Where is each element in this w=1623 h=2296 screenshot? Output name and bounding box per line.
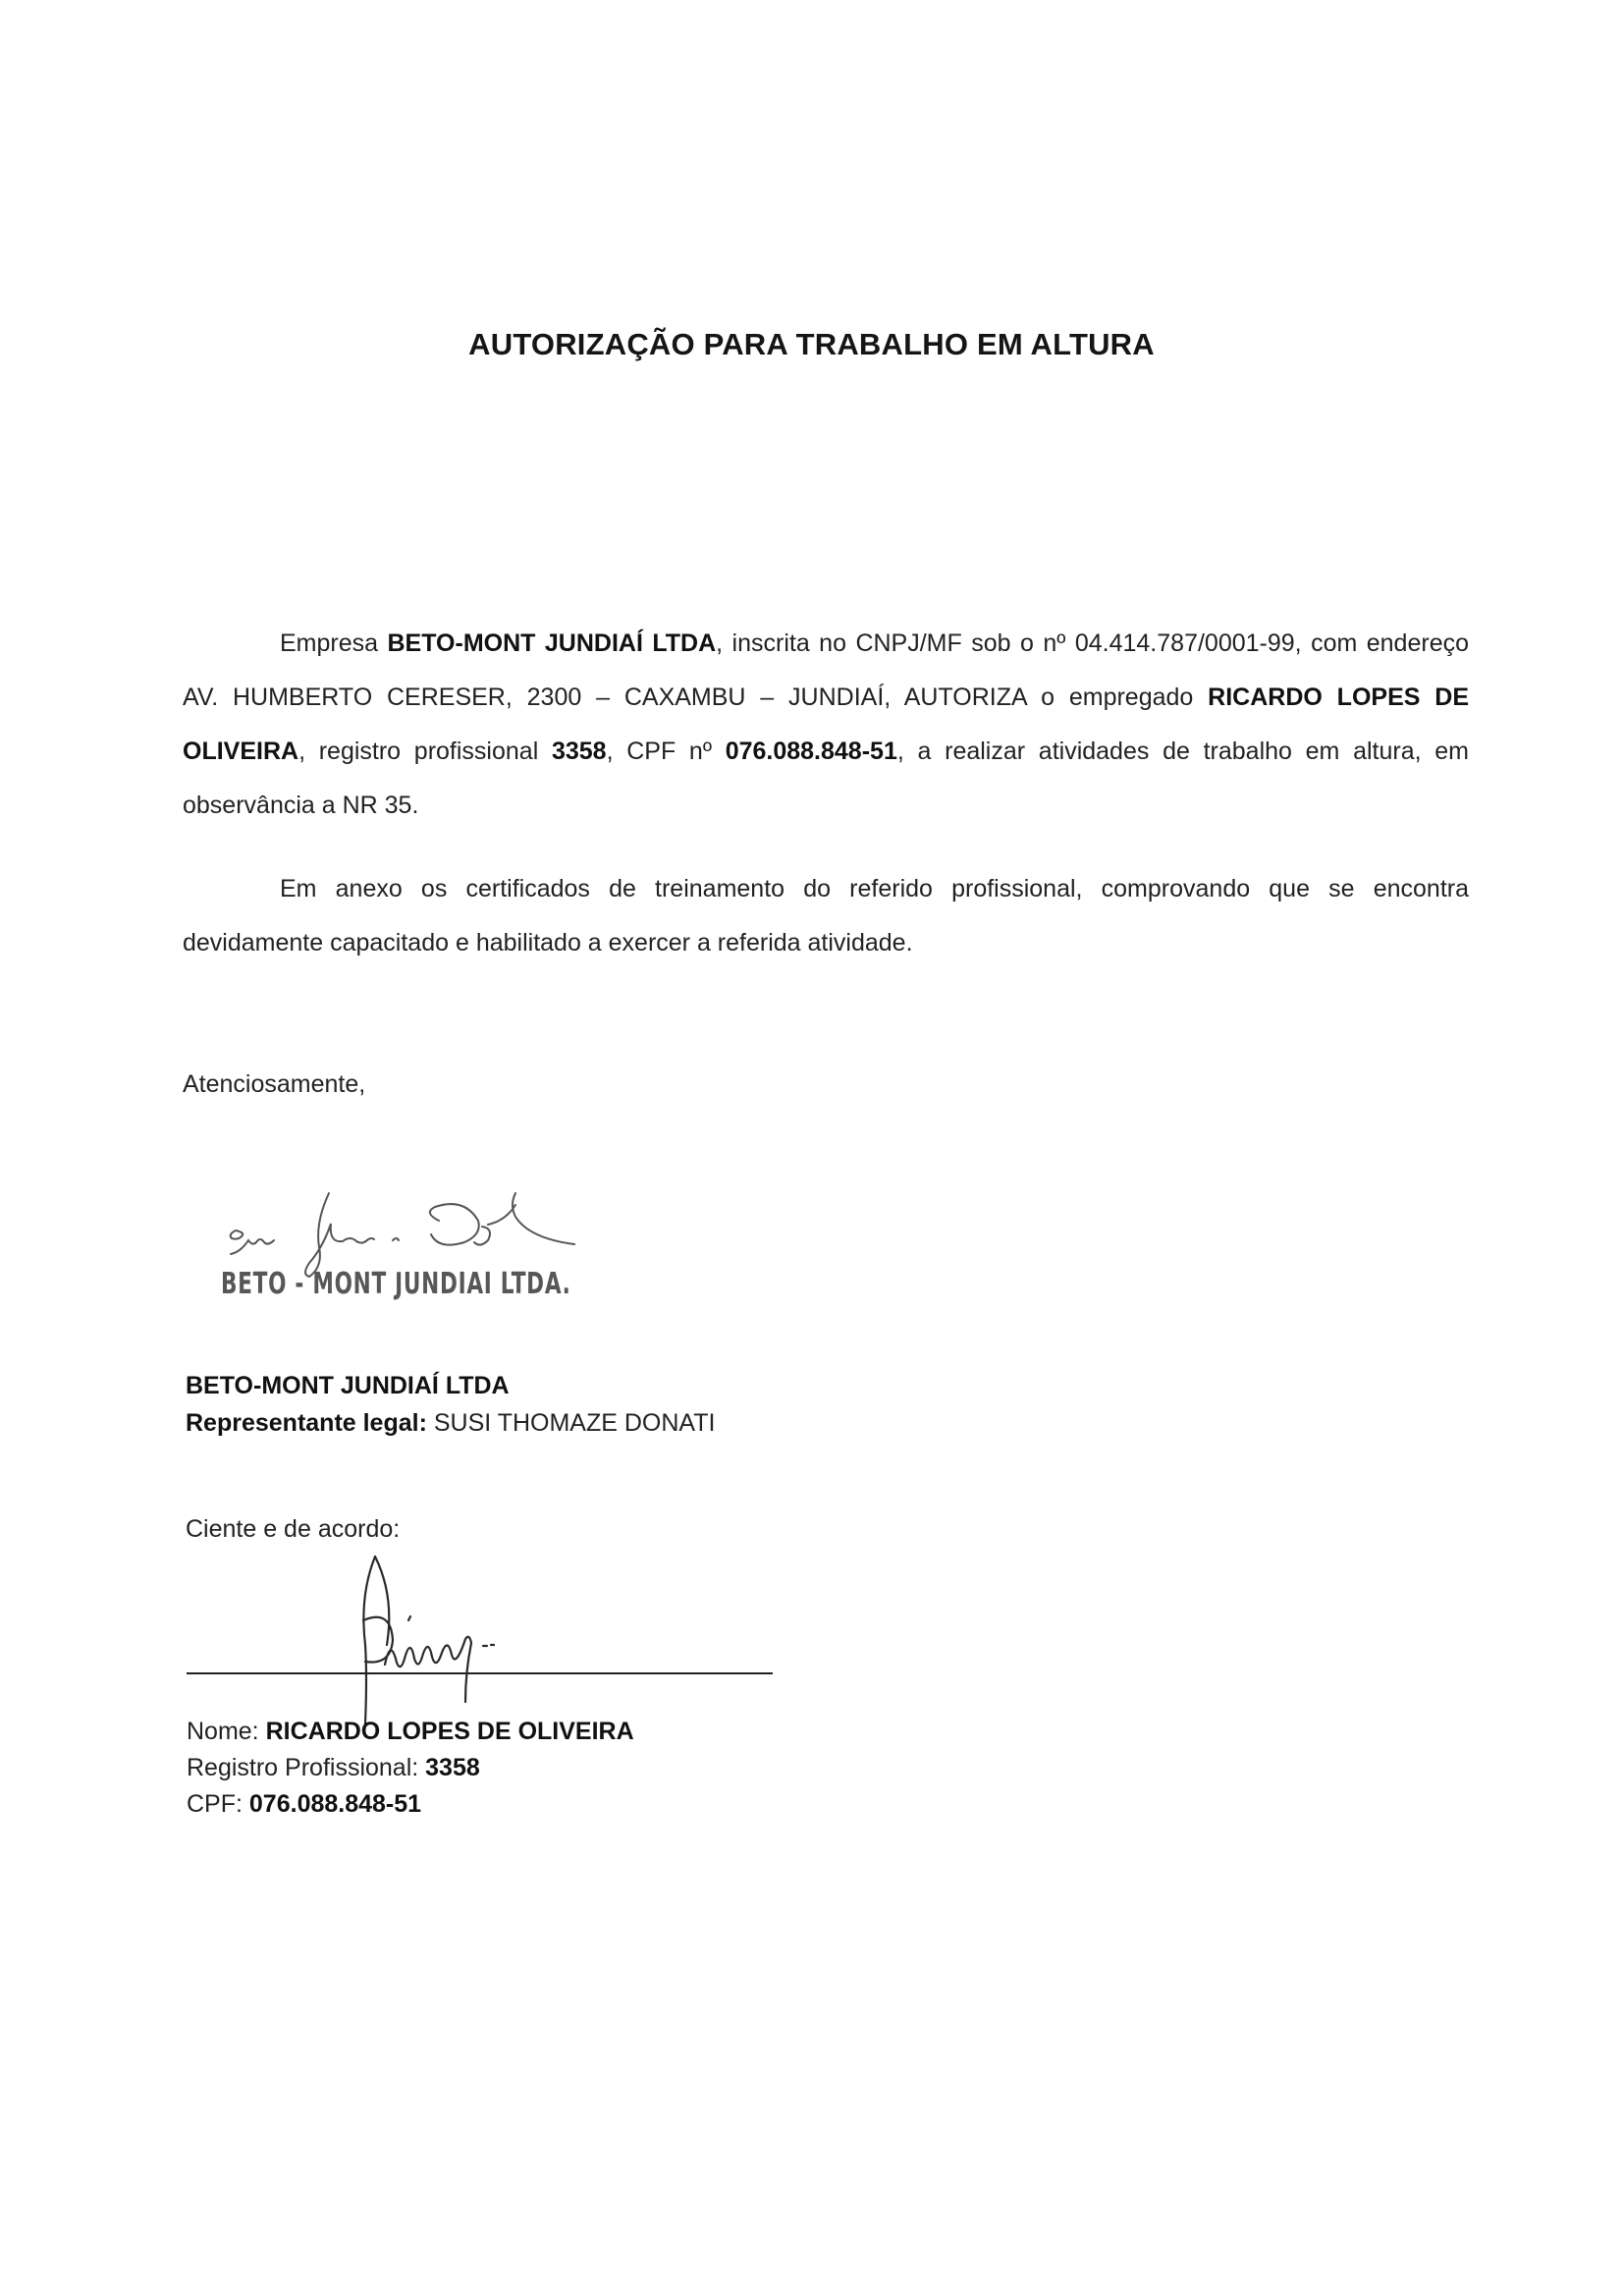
representative-label: Representante legal: bbox=[186, 1409, 427, 1437]
company-signature-icon bbox=[211, 1174, 623, 1282]
certificates-paragraph: Em anexo os certificados de treinamento … bbox=[183, 862, 1469, 970]
employee-name: RICARDO LOPES DE OLIVEIRA bbox=[266, 1718, 634, 1745]
company-stamp: BETO - MONT JUNDIAI LTDA. bbox=[221, 1267, 571, 1301]
company-name: BETO-MONT JUNDIAÍ LTDA bbox=[388, 629, 717, 657]
registry-label: Registro Profissional: bbox=[187, 1754, 425, 1781]
employee-signature-icon bbox=[324, 1552, 579, 1738]
text: , CPF nº bbox=[607, 738, 726, 765]
closing-text: Atenciosamente, bbox=[183, 1070, 365, 1099]
representative-name: SUSI THOMAZE DONATI bbox=[427, 1409, 716, 1437]
text: Em anexo os certificados de treinamento … bbox=[183, 875, 1469, 957]
name-label: Nome: bbox=[187, 1718, 266, 1745]
company-signatory-block: BETO-MONT JUNDIAÍ LTDA Representante leg… bbox=[186, 1367, 715, 1442]
registry-number: 3358 bbox=[552, 738, 607, 765]
cpf-number: 076.088.848-51 bbox=[726, 738, 897, 765]
cpf-label: CPF: bbox=[187, 1790, 249, 1818]
text: , registro profissional bbox=[298, 738, 552, 765]
company-name: BETO-MONT JUNDIAÍ LTDA bbox=[186, 1372, 510, 1399]
text: Empresa bbox=[280, 629, 388, 657]
document-title: AUTORIZAÇÃO PARA TRABALHO EM ALTURA bbox=[0, 327, 1623, 362]
cpf-number: 076.088.848-51 bbox=[249, 1790, 421, 1818]
registry-number: 3358 bbox=[425, 1754, 480, 1781]
agreement-text: Ciente e de acordo: bbox=[186, 1515, 400, 1544]
employee-signatory-block: Nome: RICARDO LOPES DE OLIVEIRA Registro… bbox=[187, 1714, 634, 1823]
signature-line bbox=[187, 1672, 773, 1674]
document-page: AUTORIZAÇÃO PARA TRABALHO EM ALTURA Empr… bbox=[0, 0, 1623, 2296]
authorization-paragraph: Empresa BETO-MONT JUNDIAÍ LTDA, inscrita… bbox=[183, 617, 1469, 833]
